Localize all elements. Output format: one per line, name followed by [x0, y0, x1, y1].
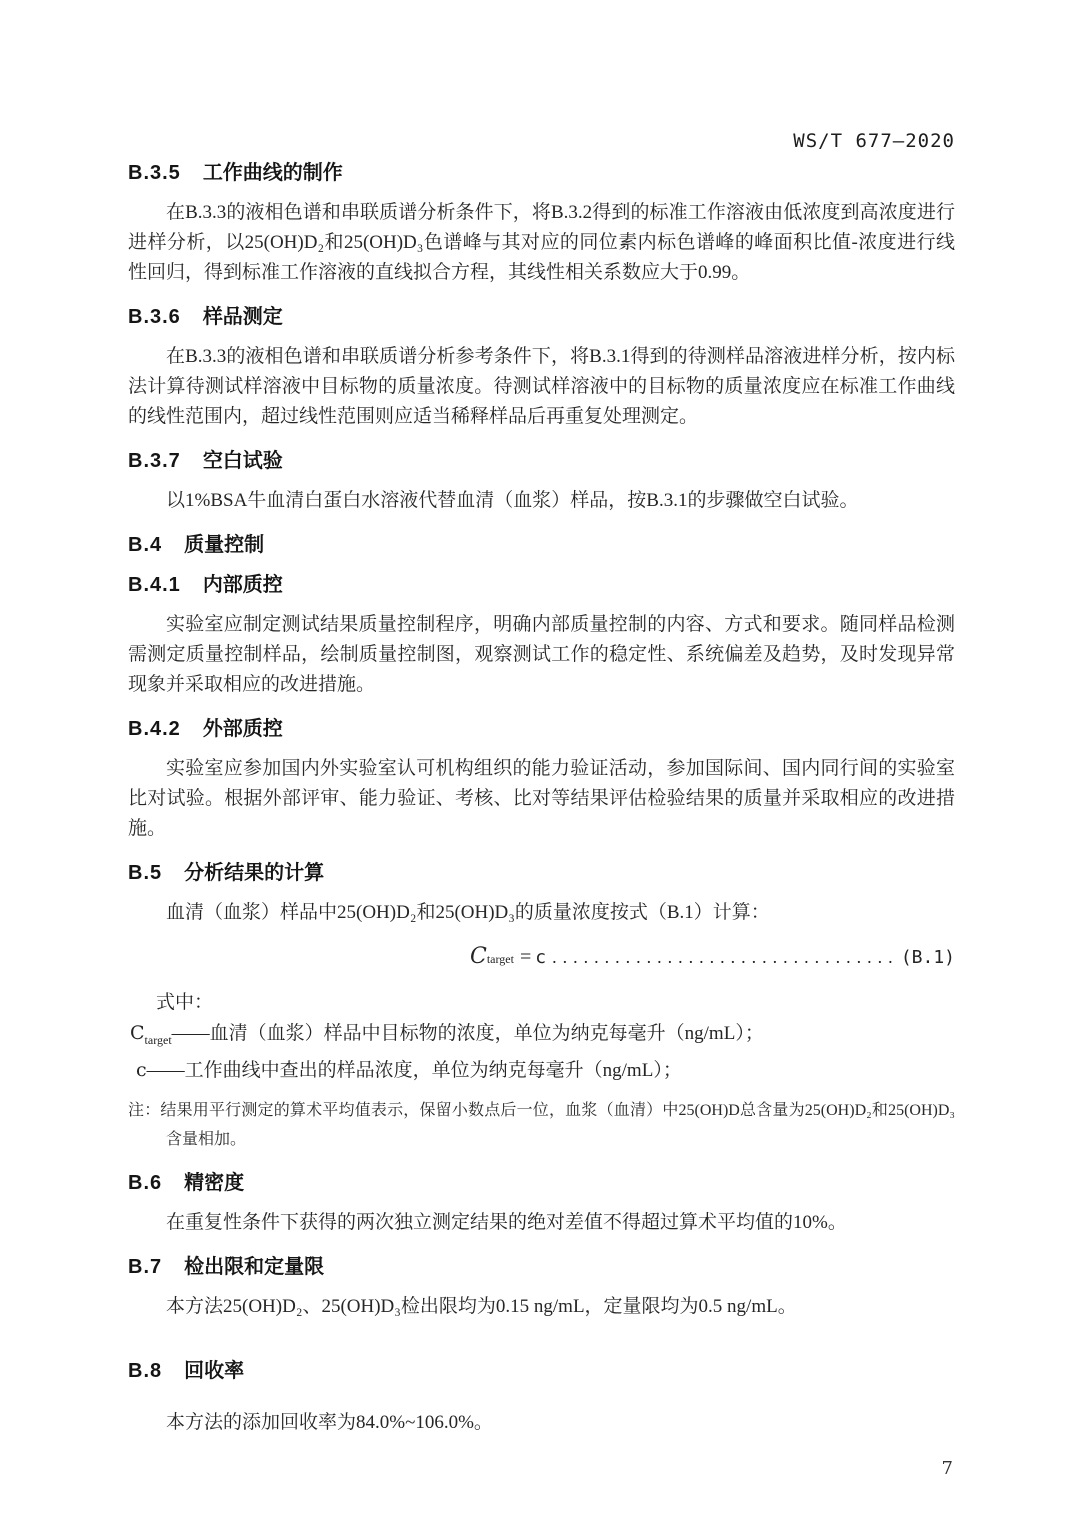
paragraph-b5: 血清（血浆）样品中25(OH)D₂和25(OH)D₃的质量浓度按式（B.1）计算… [128, 898, 955, 928]
definition-symbol: c [136, 1059, 147, 1081]
section-number: B.3.5 [128, 162, 181, 184]
section-number: B.8 [128, 1360, 162, 1382]
note-label: 注： [128, 1102, 160, 1119]
section-number: B.7 [128, 1256, 162, 1278]
section-heading-b7: B.7检出限和定量限 [128, 1254, 955, 1280]
section-number: B.4.1 [128, 574, 181, 596]
formula-rhs: c [535, 943, 546, 973]
section-title: 工作曲线的制作 [203, 162, 343, 184]
paragraph-b42: 实验室应参加国内外实验室认可机构组织的能力验证活动，参加国际间、国内同行间的实验… [128, 754, 955, 844]
formula-equals: = [520, 942, 531, 972]
section-heading-b41: B.4.1内部质控 [128, 572, 955, 598]
page-content: WS/T 677—2020 B.3.5工作曲线的制作 在B.3.3的液相色谱和串… [0, 0, 1080, 1479]
section-heading-b37: B.3.7空白试验 [128, 448, 955, 474]
note-text: 结果用平行测定的算术平均值表示，保留小数点后一位，血浆（血清）中25(OH)D总… [160, 1102, 955, 1148]
section-number: B.6 [128, 1172, 162, 1194]
section-number: B.3.6 [128, 306, 181, 328]
section-title: 分析结果的计算 [184, 862, 324, 884]
definition-dash: —— [172, 1023, 210, 1044]
doc-code-header: WS/T 677—2020 [128, 128, 955, 154]
paragraph-b8: 本方法的添加回收率为84.0%~106.0%。 [128, 1408, 955, 1438]
paragraph-b7: 本方法25(OH)D₂、25(OH)D₃检出限均为0.15 ng/mL，定量限均… [128, 1292, 955, 1322]
paragraph-b37: 以1%BSA牛血清白蛋白水溶液代替血清（血浆）样品，按B.3.1的步骤做空白试验… [128, 486, 955, 516]
paragraph-b6: 在重复性条件下获得的两次独立测定结果的绝对差值不得超过算术平均值的10%。 [128, 1208, 955, 1238]
section-number: B.3.7 [128, 450, 181, 472]
section-number: B.4 [128, 534, 162, 556]
section-title: 检出限和定量限 [184, 1256, 324, 1278]
definition-dash: —— [147, 1060, 185, 1081]
paragraph-b35: 在B.3.3的液相色谱和串联质谱分析条件下，将B.3.2得到的标准工作溶液由低浓… [128, 198, 955, 288]
definition-c: c——工作曲线中查出的样品浓度，单位为纳克每毫升（ng/mL）； [128, 1055, 955, 1092]
document-page: WS/T 677—2020 B.3.5工作曲线的制作 在B.3.3的液相色谱和串… [0, 0, 1080, 1526]
section-title: 样品测定 [203, 306, 283, 328]
section-title: 空白试验 [203, 450, 283, 472]
formula-dots-leader: ........................................… [552, 942, 893, 972]
section-number: B.4.2 [128, 718, 181, 740]
section-heading-b6: B.6精密度 [128, 1170, 955, 1196]
section-heading-b5: B.5分析结果的计算 [128, 860, 955, 886]
paragraph-b41: 实验室应制定测试结果质量控制程序，明确内部质量控制的内容、方式和要求。随同样品检… [128, 610, 955, 700]
page-number: 7 [128, 1458, 955, 1479]
section-number: B.5 [128, 862, 162, 884]
section-heading-b36: B.3.6样品测定 [128, 304, 955, 330]
section-title: 内部质控 [203, 574, 283, 596]
section-title: 质量控制 [184, 534, 264, 556]
definition-subscript: target [145, 1033, 172, 1047]
section-heading-b4: B.4质量控制 [128, 532, 955, 558]
paragraph-b36: 在B.3.3的液相色谱和串联质谱分析参考条件下，将B.3.1得到的待测样品溶液进… [128, 342, 955, 432]
section-title: 精密度 [184, 1172, 244, 1194]
definition-text: 工作曲线中查出的样品浓度，单位为纳克每毫升（ng/mL）； [185, 1060, 682, 1081]
formula-b1: Ctarget = c ............................… [128, 942, 955, 974]
formula-label: (B.1) [901, 943, 955, 973]
section-heading-b8: B.8回收率 [128, 1358, 955, 1384]
formula-subscript: target [487, 944, 514, 974]
formula-where-intro: 式中： [128, 988, 955, 1018]
section-heading-b35: B.3.5工作曲线的制作 [128, 160, 955, 186]
definition-ctarget: Ctarget——血清（血浆）样品中目标物的浓度，单位为纳克每毫升（ng/mL）… [128, 1018, 955, 1055]
definition-symbol: C [130, 1022, 145, 1044]
section-title: 外部质控 [203, 718, 283, 740]
definition-text: 血清（血浆）样品中目标物的浓度，单位为纳克每毫升（ng/mL）； [210, 1023, 764, 1044]
formula-symbol: C [470, 942, 487, 972]
section-title: 回收率 [184, 1360, 244, 1382]
section-heading-b42: B.4.2外部质控 [128, 716, 955, 742]
note-block: 注：结果用平行测定的算术平均值表示，保留小数点后一位，血浆（血清）中25(OH)… [128, 1096, 955, 1154]
